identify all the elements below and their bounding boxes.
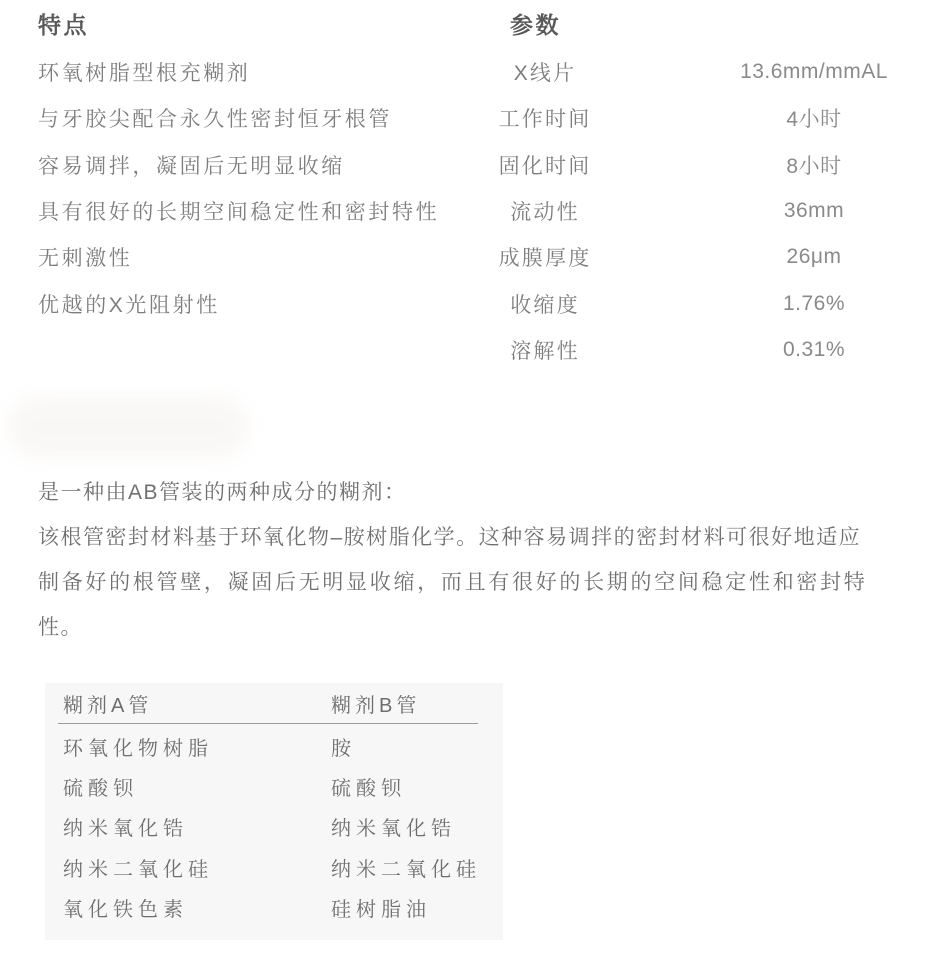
table-row: 硫酸钡 硫酸钡 [63, 766, 503, 806]
param-value: 26μm [685, 245, 943, 269]
param-row: 成膜厚度 26μm [460, 234, 950, 280]
description-line: 是一种由AB管装的两种成分的糊剂： [38, 468, 868, 513]
param-label: 溶解性 [460, 335, 630, 365]
feature-item: 具有很好的长期空间稳定性和密封特性 [38, 188, 439, 234]
table-row: 环氧化物树脂 胺 [63, 726, 503, 766]
table-cell: 环氧化物树脂 [63, 732, 331, 761]
table-row: 纳米二氧化硅 纳米二氧化硅 [63, 847, 503, 887]
description-line: 该根管密封材料基于环氧化物–胺树脂化学。这种容易调拌的密封材料可很好地适应 [38, 513, 868, 558]
param-row: 收缩度 1.76% [460, 280, 950, 326]
param-label: 流动性 [460, 196, 630, 226]
param-label: 成膜厚度 [460, 242, 630, 272]
table-cell: 硫酸钡 [63, 772, 331, 801]
param-label: X线片 [460, 57, 630, 87]
param-row: X线片 13.6mm/mmAL [460, 49, 950, 95]
features-section-title: 特点 [38, 11, 89, 39]
feature-item: 无刺激性 [38, 234, 439, 280]
composition-table: 糊剂A管 糊剂B管 环氧化物树脂 胺 硫酸钡 硫酸钡 纳米氧化锆 纳米氧化锆 纳… [45, 683, 503, 940]
description-line: 制备好的根管壁，凝固后无明显收缩，而且有很好的长期的空间稳定性和密封特 [38, 558, 868, 603]
composition-table-header: 糊剂A管 糊剂B管 [63, 683, 503, 724]
table-row: 纳米氧化锆 纳米氧化锆 [63, 807, 503, 847]
table-row: 氧化铁色素 硅树脂油 [63, 888, 503, 928]
parameters-section-title: 参数 [510, 11, 561, 39]
faded-watermark [8, 396, 248, 458]
table-header-divider [58, 723, 478, 724]
parameters-list: X线片 13.6mm/mmAL 工作时间 4小时 固化时间 8小时 流动性 36… [460, 49, 950, 373]
composition-table-body: 环氧化物树脂 胺 硫酸钡 硫酸钡 纳米氧化锆 纳米氧化锆 纳米二氧化硅 纳米二氧… [63, 726, 503, 928]
feature-item: 环氧树脂型根充糊剂 [38, 49, 439, 95]
param-value: 13.6mm/mmAL [685, 60, 943, 84]
param-value: 8小时 [685, 150, 943, 180]
param-label: 固化时间 [460, 150, 630, 180]
product-spec-page: 特点 参数 环氧树脂型根充糊剂 与牙胶尖配合永久性密封恒牙根管 容易调拌，凝固后… [0, 0, 950, 963]
table-cell: 纳米氧化锆 [331, 812, 503, 841]
param-value: 4小时 [685, 103, 943, 133]
table-cell: 纳米二氧化硅 [331, 853, 503, 882]
table-cell: 纳米二氧化硅 [63, 853, 331, 882]
feature-item: 与牙胶尖配合永久性密封恒牙根管 [38, 95, 439, 141]
param-label: 工作时间 [460, 103, 630, 133]
features-list: 环氧树脂型根充糊剂 与牙胶尖配合永久性密封恒牙根管 容易调拌，凝固后无明显收缩 … [38, 49, 439, 327]
table-cell: 氧化铁色素 [63, 893, 331, 922]
param-row: 工作时间 4小时 [460, 95, 950, 141]
feature-item: 容易调拌，凝固后无明显收缩 [38, 142, 439, 188]
description-paragraph: 是一种由AB管装的两种成分的糊剂： 该根管密封材料基于环氧化物–胺树脂化学。这种… [38, 468, 868, 649]
description-line: 性。 [38, 604, 868, 649]
param-value: 36mm [685, 199, 943, 223]
param-row: 固化时间 8小时 [460, 142, 950, 188]
param-row: 流动性 36mm [460, 188, 950, 234]
feature-item: 优越的X光阻射性 [38, 280, 439, 326]
table-cell: 胺 [331, 732, 503, 761]
param-value: 0.31% [685, 338, 943, 362]
table-header-paste-b: 糊剂B管 [331, 689, 503, 718]
table-cell: 硅树脂油 [331, 893, 503, 922]
param-value: 1.76% [685, 292, 943, 316]
param-label: 收缩度 [460, 289, 630, 319]
param-row: 溶解性 0.31% [460, 327, 950, 373]
table-header-paste-a: 糊剂A管 [63, 689, 331, 718]
table-cell: 硫酸钡 [331, 772, 503, 801]
table-cell: 纳米氧化锆 [63, 812, 331, 841]
